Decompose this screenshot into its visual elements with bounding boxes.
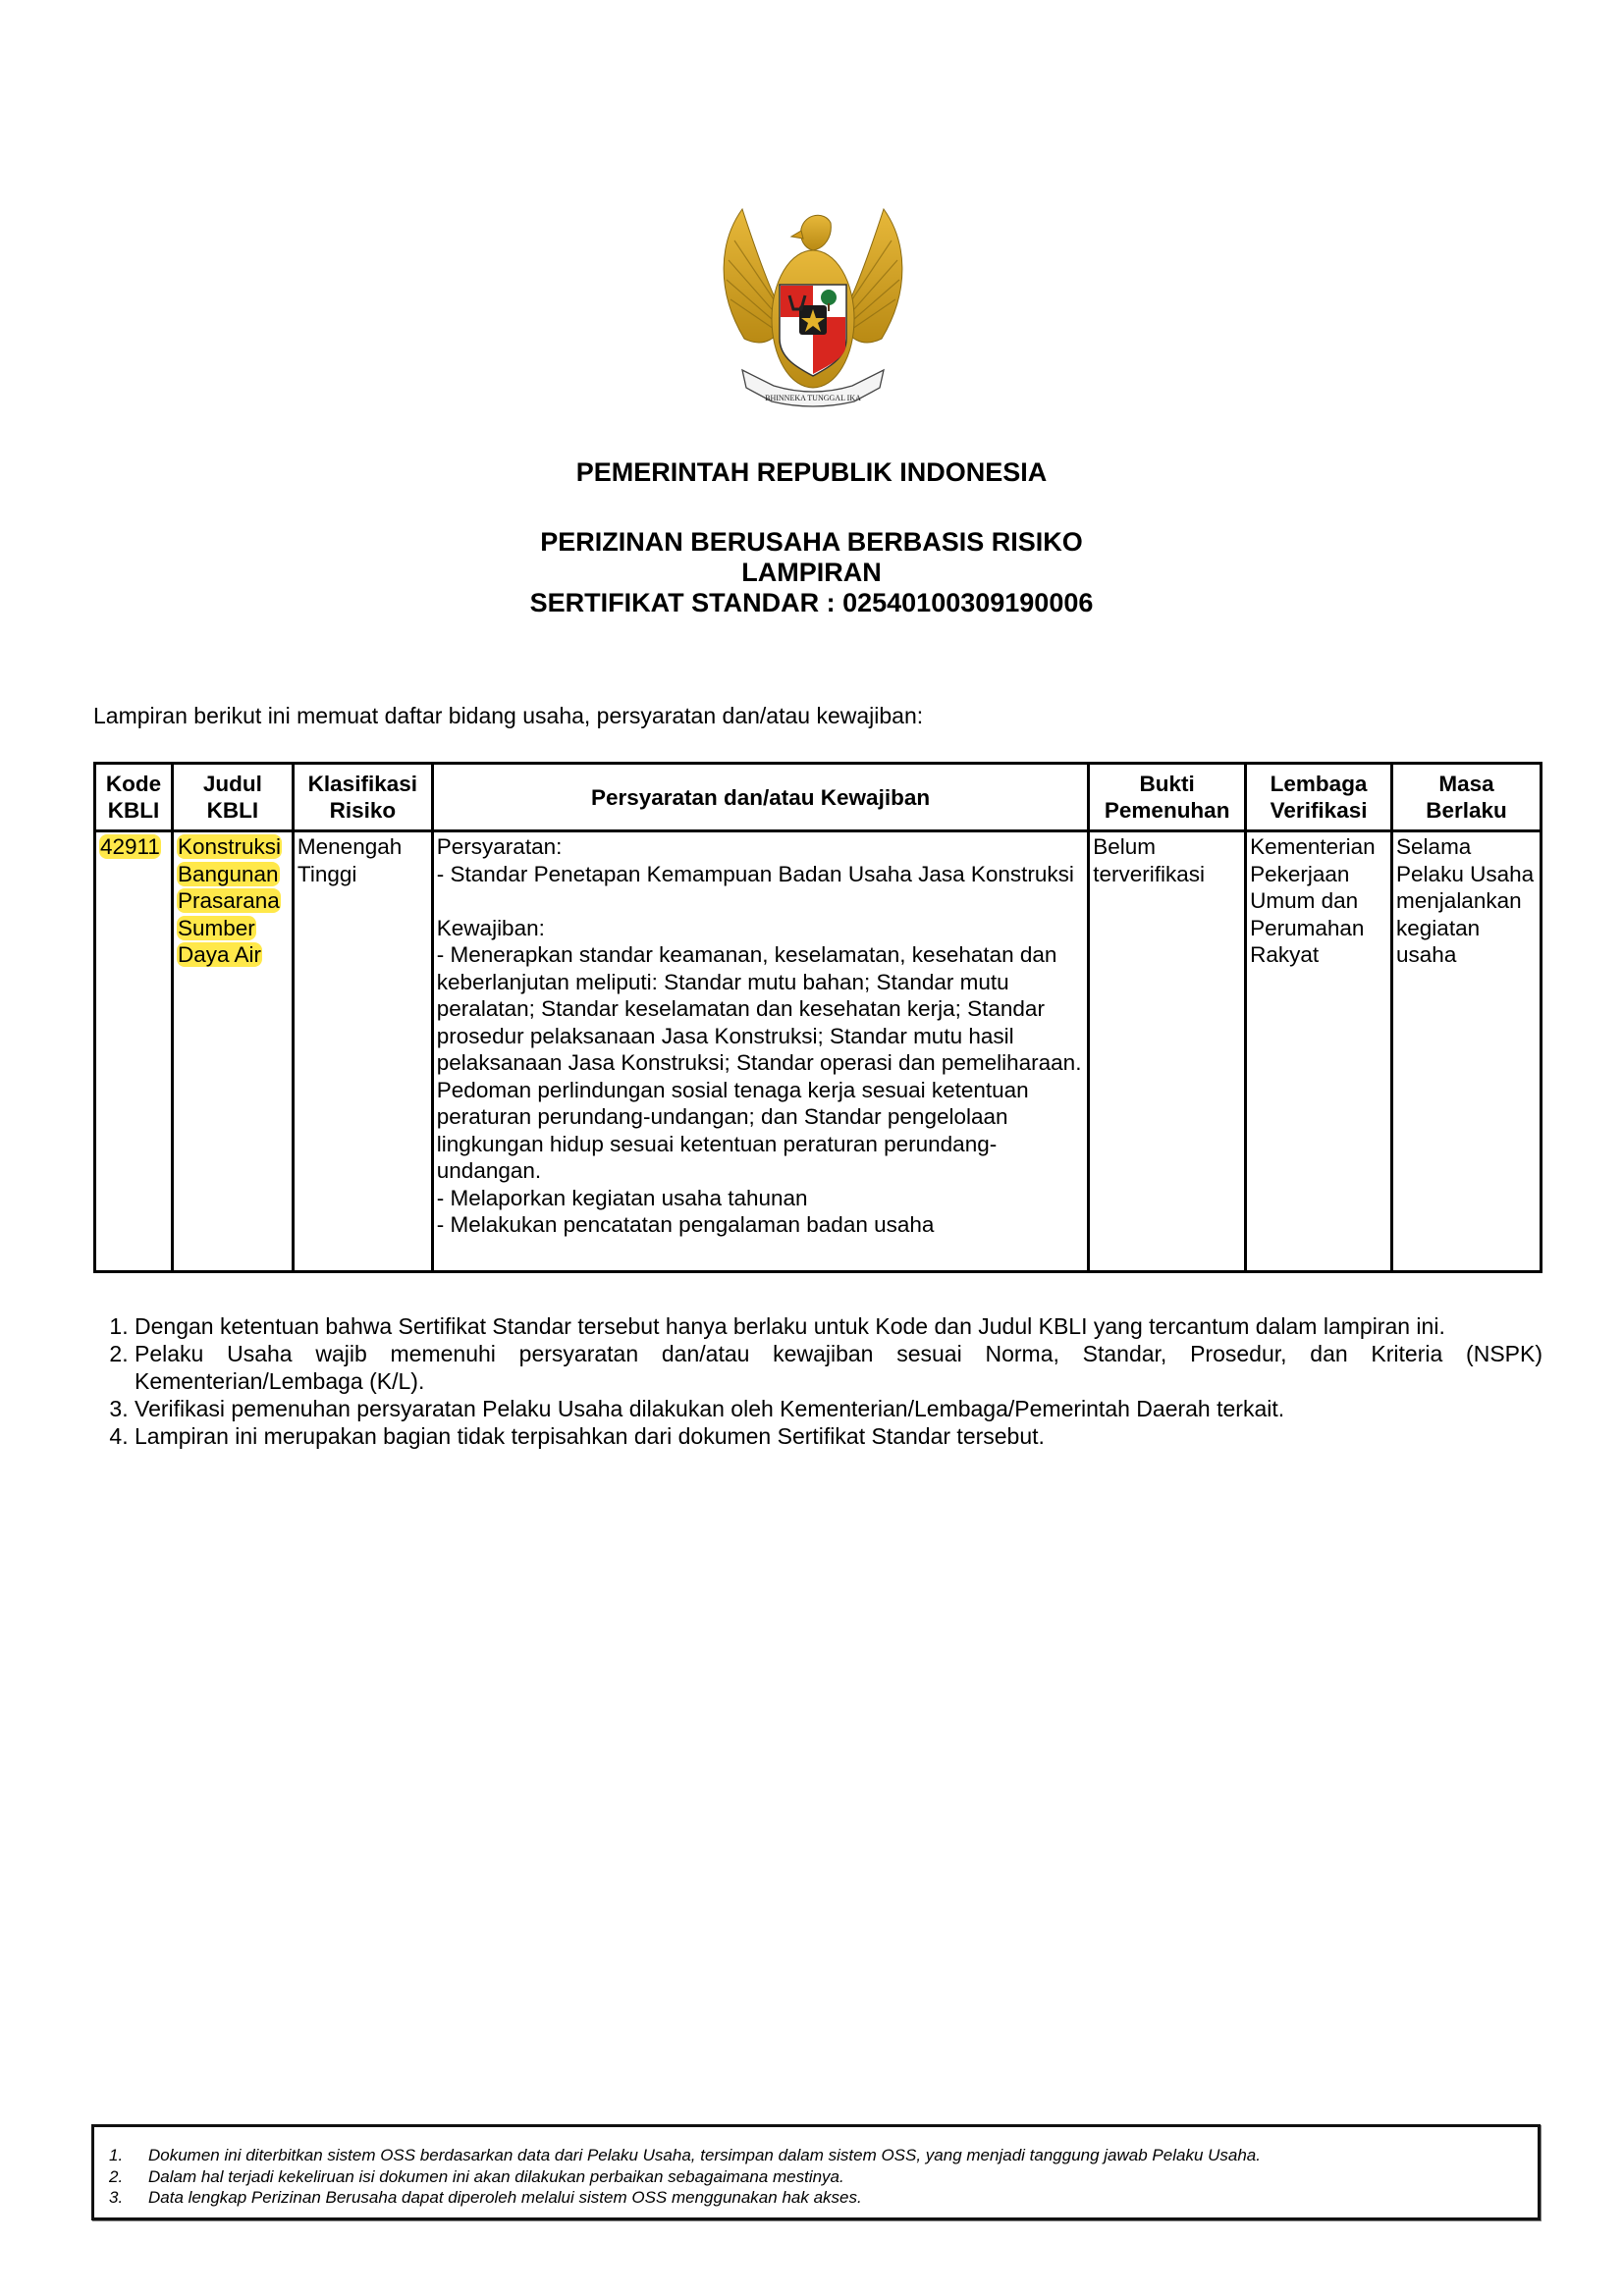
header-bukti-pemenuhan: BuktiPemenuhan xyxy=(1089,764,1246,831)
note-item: Lampiran ini merupakan bagian tidak terp… xyxy=(135,1422,1542,1450)
note-item: Dengan ketentuan bahwa Sertifikat Standa… xyxy=(135,1312,1542,1340)
table-header-row: KodeKBLI JudulKBLI KlasifikasiRisiko Per… xyxy=(95,764,1542,831)
persyaratan-items: - Standar Penetapan Kemampuan Badan Usah… xyxy=(437,861,1085,888)
header-klasifikasi-risiko: KlasifikasiRisiko xyxy=(293,764,432,831)
cell-masa-berlaku: Selama Pelaku Usaha menjalankan kegiatan… xyxy=(1392,831,1542,1272)
government-title: PEMERINTAH REPUBLIK INDONESIA xyxy=(0,457,1623,488)
note-item: Pelaku Usaha wajib memenuhi persyaratan … xyxy=(135,1340,1542,1395)
footer-item: 2.Dalam hal terjadi kekeliruan isi dokum… xyxy=(94,2166,1538,2188)
intro-text: Lampiran berikut ini memuat daftar bidan… xyxy=(93,703,923,729)
header-judul-kbli: JudulKBLI xyxy=(172,764,293,831)
svg-text:BHINNEKA TUNGGAL IKA: BHINNEKA TUNGGAL IKA xyxy=(765,394,861,402)
notes-list: Dengan ketentuan bahwa Sertifikat Standa… xyxy=(93,1312,1542,1450)
garuda-pancasila-emblem-icon: BHINNEKA TUNGGAL IKA xyxy=(715,201,911,417)
note-item: Verifikasi pemenuhan persyaratan Pelaku … xyxy=(135,1395,1542,1422)
cell-kode-kbli: 42911 xyxy=(95,831,173,1272)
title-line-2: LAMPIRAN xyxy=(0,558,1623,588)
header-masa-berlaku: MasaBerlaku xyxy=(1392,764,1542,831)
header-lembaga-verifikasi: LembagaVerifikasi xyxy=(1246,764,1392,831)
persyaratan-heading: Persyaratan: xyxy=(437,833,1085,861)
table-row: 42911 Konstruksi Bangunan Prasarana Sumb… xyxy=(95,831,1542,1272)
document-title: PERIZINAN BERUSAHA BERBASIS RISIKO LAMPI… xyxy=(0,527,1623,618)
kewajiban-heading: Kewajiban: xyxy=(437,915,1085,942)
cell-bukti-pemenuhan: Belum terverifikasi xyxy=(1089,831,1246,1272)
footer-item: 3.Data lengkap Perizinan Berusaha dapat … xyxy=(94,2187,1538,2209)
certificate-number: SERTIFIKAT STANDAR : 02540100309190006 xyxy=(0,588,1623,618)
cell-lembaga-verifikasi: Kementerian Pekerjaan Umum dan Perumahan… xyxy=(1246,831,1392,1272)
footer-item: 1.Dokumen ini diterbitkan sistem OSS ber… xyxy=(94,2145,1538,2166)
cell-klasifikasi-risiko: Menengah Tinggi xyxy=(293,831,432,1272)
kewajiban-items: - Menerapkan standar keamanan, keselamat… xyxy=(437,941,1085,1239)
title-line-1: PERIZINAN BERUSAHA BERBASIS RISIKO xyxy=(0,527,1623,558)
cell-persyaratan-kewajiban: Persyaratan: - Standar Penetapan Kemampu… xyxy=(432,831,1088,1272)
footer-list: 1.Dokumen ini diterbitkan sistem OSS ber… xyxy=(94,2127,1538,2209)
header-kode-kbli: KodeKBLI xyxy=(95,764,173,831)
header-persyaratan: Persyaratan dan/atau Kewajiban xyxy=(432,764,1088,831)
cell-judul-kbli: Konstruksi Bangunan Prasarana Sumber Day… xyxy=(172,831,293,1272)
footer-disclaimer-box: 1.Dokumen ini diterbitkan sistem OSS ber… xyxy=(91,2124,1541,2220)
kbli-table: KodeKBLI JudulKBLI KlasifikasiRisiko Per… xyxy=(93,762,1542,1273)
